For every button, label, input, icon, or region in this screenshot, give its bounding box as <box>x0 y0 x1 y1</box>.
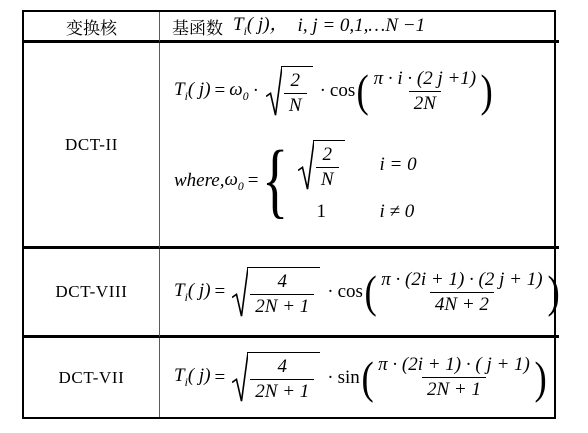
open-paren: ( <box>361 355 373 401</box>
fraction: π · (2i + 1) · ( j + 1) 2N + 1 <box>373 354 535 401</box>
formula-cell-dct7: Ti( j) = 4 2N + 1 · sin ( π · (2i + 1) ·… <box>160 338 559 417</box>
omega-token: ω0 <box>229 79 248 103</box>
header-kernel-cell: 变换核 <box>24 12 160 43</box>
fraction: 4 2N + 1 <box>250 271 314 318</box>
fraction: π · i · (2 j +1) 2N <box>369 68 482 115</box>
formula-cell-dct2: Ti( j) = ω0 · 2 N · cos ( π <box>160 43 559 249</box>
cos-function: cos <box>338 281 365 303</box>
dot-operator: · <box>316 80 330 102</box>
index-range: i, j = 0,1,…N −1 <box>298 15 426 37</box>
dct8-formula: Ti( j) = 4 2N + 1 · cos ( π · (2i + 1) ·… <box>174 267 559 318</box>
open-paren: ( <box>364 269 376 315</box>
radical: 4 2N + 1 <box>232 352 320 403</box>
equals-sign: = <box>211 80 230 102</box>
kernel-cell-dct8: DCT-VIII <box>24 249 160 338</box>
case-condition: i ≠ 0 <box>380 201 417 223</box>
close-paren: ) <box>547 269 559 315</box>
kernel-cell-dct7: DCT-VII <box>24 338 160 417</box>
radical-sign-icon <box>298 140 314 191</box>
header-basis-cell: 基函数 Ti( j)， i, j = 0,1,…N −1 <box>160 12 559 43</box>
lhs-token: Ti( j) <box>174 280 211 304</box>
where-label: where, <box>174 170 224 192</box>
equals-sign: = <box>211 367 230 389</box>
radical: 2 N <box>266 66 313 117</box>
kernel-label: DCT-VII <box>59 368 125 388</box>
fraction: 2 N <box>284 70 307 117</box>
dot-operator: · <box>323 367 337 389</box>
radical: 2 N <box>298 140 345 191</box>
fraction: 4 2N + 1 <box>250 356 314 403</box>
close-paren: ) <box>481 68 493 114</box>
equals-sign: = <box>244 170 263 192</box>
fraction: 2 N <box>316 144 339 191</box>
header-kernel-label: 变换核 <box>66 14 117 39</box>
fraction: π · (2i + 1) · (2 j + 1) 4N + 2 <box>376 269 547 316</box>
open-paren: ( <box>357 68 369 114</box>
equals-sign: = <box>211 281 230 303</box>
document-page: 变换核 基函数 Ti( j)， i, j = 0,1,…N −1 DCT-II … <box>0 0 588 433</box>
header-basis-math: Ti( j)， i, j = 0,1,…N −1 <box>233 14 425 38</box>
dot-operator: · <box>323 281 337 303</box>
dct7-formula: Ti( j) = 4 2N + 1 · sin ( π · (2i + 1) ·… <box>174 352 546 403</box>
basis-function-token: Ti( j)， <box>233 14 289 38</box>
cos-function: cos <box>330 80 357 102</box>
dct2-where-clause: where, ω0 = { 2 N i = 0 <box>174 139 417 223</box>
radical-sign-icon <box>266 66 282 117</box>
kernel-label: DCT-II <box>65 135 118 155</box>
lhs-token: Ti( j) <box>174 365 211 389</box>
lhs-token: Ti( j) <box>174 79 211 103</box>
close-paren: ) <box>534 355 546 401</box>
dct-kernel-table: 变换核 基函数 Ti( j)， i, j = 0,1,…N −1 DCT-II … <box>22 10 556 419</box>
dot-operator: · <box>249 80 263 102</box>
omega-token: ω0 <box>224 169 243 193</box>
header-basis-label: 基函数 <box>172 14 223 39</box>
sin-function: sin <box>338 367 362 389</box>
kernel-cell-dct2: DCT-II <box>24 43 160 249</box>
open-brace: { <box>262 139 288 223</box>
dct2-formula: Ti( j) = ω0 · 2 N · cos ( π <box>174 66 492 117</box>
case-list: 2 N i = 0 1 i ≠ 0 <box>295 140 417 223</box>
case-value: 1 <box>316 201 326 223</box>
case-condition: i = 0 <box>380 154 417 176</box>
formula-cell-dct8: Ti( j) = 4 2N + 1 · cos ( π · (2i + 1) ·… <box>160 249 559 338</box>
radical-sign-icon <box>232 267 248 318</box>
radical-sign-icon <box>232 352 248 403</box>
kernel-label: DCT-VIII <box>55 282 127 302</box>
radical: 4 2N + 1 <box>232 267 320 318</box>
